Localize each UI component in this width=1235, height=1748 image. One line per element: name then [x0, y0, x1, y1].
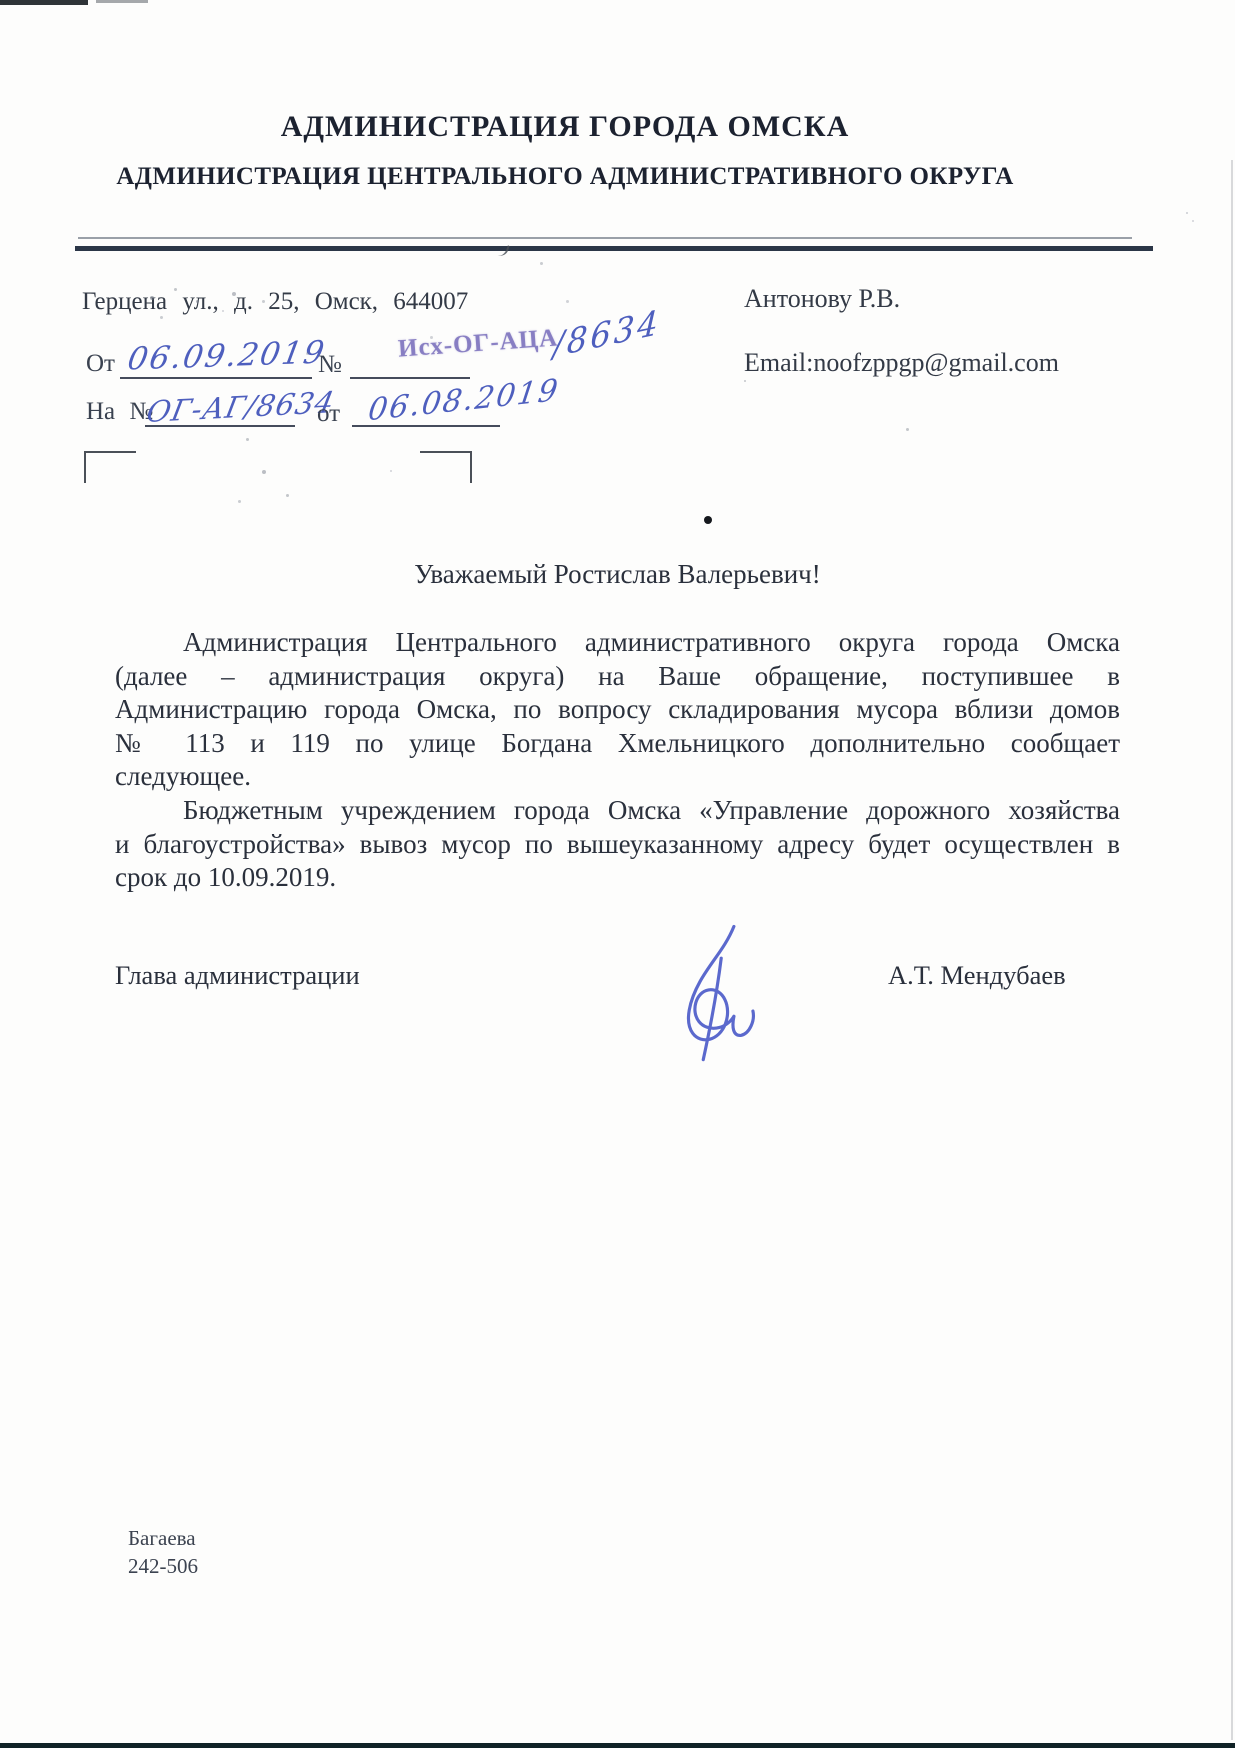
body-line: и благоустройства» вывоз мусор по вышеук… [115, 828, 1120, 862]
salutation: Уважаемый Ростислав Валерьевич! [115, 559, 1120, 590]
letterhead-rule-thin [78, 237, 1132, 239]
reply-label: На № [86, 398, 153, 426]
scan-speckle [238, 500, 241, 503]
body-line: Бюджетным учреждением города Омска «Упра… [115, 794, 1120, 828]
org-title-line1: АДМИНИСТРАЦИЯ ГОРОДА ОМСКА [0, 110, 1130, 144]
scan-speckle [174, 288, 177, 291]
scan-edge-artifact [0, 0, 88, 5]
scan-speckle [232, 292, 236, 296]
body-line: срок до 10.09.2019. [115, 861, 1120, 895]
handwritten-signature [664, 918, 789, 1066]
body-line: Администрация Центрального административ… [115, 626, 1120, 660]
handwritten-outgoing-number: /8634 [552, 302, 662, 365]
body-line: (далее – администрация округа) на Ваше о… [115, 660, 1120, 694]
scan-edge-artifact [1231, 160, 1233, 1740]
scan-speckle [246, 438, 249, 441]
paragraph-2: Бюджетным учреждением города Омска «Упра… [115, 794, 1120, 895]
scan-speckle [222, 310, 224, 312]
scan-speckle [150, 296, 154, 300]
outgoing-stamp: Исх-ОГ-АЦА [397, 324, 559, 363]
org-title-line2: АДМИНИСТРАЦИЯ ЦЕНТРАЛЬНОГО АДМИНИСТРАТИВ… [0, 163, 1130, 191]
scan-edge-artifact [0, 1743, 1235, 1748]
scan-speckle [286, 494, 289, 497]
scan-speckle [196, 300, 199, 303]
scan-speckle [306, 352, 309, 355]
scan-speckle [430, 336, 433, 339]
scan-speckle [262, 300, 265, 303]
ink-dot-mark [704, 516, 712, 524]
scan-speckle [744, 380, 746, 382]
scan-speckle [160, 316, 163, 319]
body-line: Администрацию города Омска, по вопросу с… [115, 693, 1120, 727]
recipient-name: Антонову Р.В. [744, 284, 900, 314]
scan-speckle [360, 300, 363, 303]
sender-address: Герцена ул., д. 25, Омск, 644007 [82, 288, 468, 316]
scan-speckle [390, 470, 392, 472]
handwritten-reply-date: 06.08.2019 [366, 373, 562, 429]
scan-stray-mark [496, 243, 510, 258]
from-date-underline [120, 377, 312, 379]
letter-body: Администрация Центрального административ… [115, 626, 1120, 895]
body-line: следующее. [115, 760, 1120, 794]
letterhead-rule-thick [75, 246, 1153, 251]
scan-speckle [1186, 212, 1188, 214]
paragraph-1: Администрация Центрального административ… [115, 626, 1120, 794]
address-corner-bracket-left [84, 451, 136, 483]
from-label: От [86, 350, 115, 378]
scan-speckle [540, 262, 543, 265]
scan-speckle [566, 300, 569, 303]
scan-edge-artifact [96, 0, 148, 3]
address-corner-bracket-right [420, 451, 472, 483]
scan-speckle [262, 470, 266, 474]
number-underline [350, 377, 470, 379]
scanned-letter-page: АДМИНИСТРАЦИЯ ГОРОДА ОМСКА АДМИНИСТРАЦИЯ… [0, 0, 1235, 1748]
body-line: № 113 и 119 по улице Богдана Хмельницког… [115, 727, 1120, 761]
scan-speckle [1192, 220, 1194, 222]
handwritten-outgoing-date: 06.09.2019 [125, 334, 329, 377]
handwritten-reply-number: ОГ-АГ/8634 [144, 385, 338, 429]
scan-speckle [142, 346, 145, 349]
executor-phone: 242-506 [128, 1554, 198, 1579]
executor-name: Багаева [128, 1526, 196, 1551]
reply-date-label: от [317, 400, 340, 428]
signer-name: А.Т. Мендубаев [888, 960, 1066, 991]
recipient-email: Email:noofzppgp@gmail.com [744, 348, 1059, 378]
scan-speckle [906, 428, 909, 431]
signer-position: Глава администрации [115, 960, 360, 991]
number-label: № [318, 351, 342, 379]
